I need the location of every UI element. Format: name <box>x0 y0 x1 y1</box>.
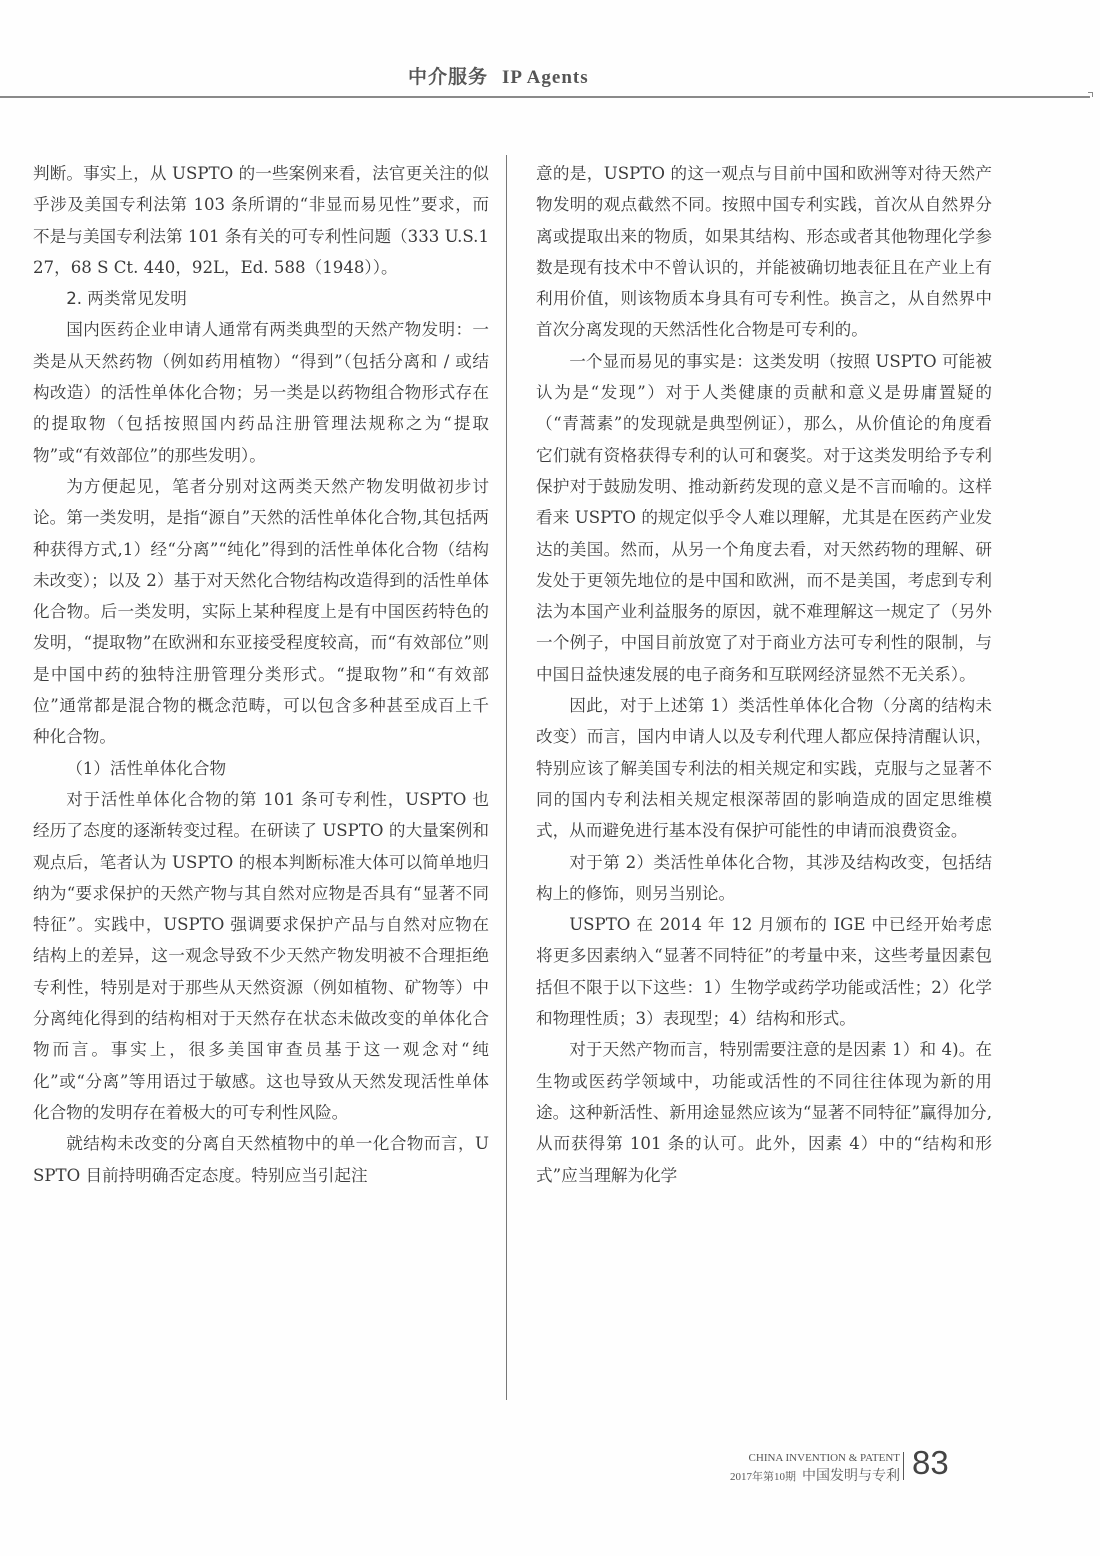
journal-name-en: CHINA INVENTION & PATENT <box>749 1452 900 1464</box>
paragraph: 判断。事实上，从 USPTO 的一些案例来看，法官更关注的似乎涉及美国专利法第 … <box>33 158 489 283</box>
page-footer: CHINA INVENTION & PATENT 2017年第10期中国发明与专… <box>740 1452 1040 1492</box>
paragraph: 意的是，USPTO 的这一观点与目前中国和欧洲等对待天然产物发明的观点截然不同。… <box>536 158 992 346</box>
section-title: 中介服务IP Agents <box>408 62 589 89</box>
issue-label: 2017年第10期 <box>730 1471 796 1483</box>
paragraph: 对于天然产物而言，特别需要注意的是因素 1）和 4)。在生物或医药学领域中，功能… <box>536 1034 992 1190</box>
paragraph: 为方便起见，笔者分别对这两类天然产物发明做初步讨论。第一类发明，是指“源自”天然… <box>33 471 489 753</box>
paragraph: USPTO 在 2014 年 12 月颁布的 IGE 中已经开始考虑将更多因素纳… <box>536 909 992 1034</box>
section-heading: 2. 两类常见发明 <box>33 283 489 314</box>
section-title-en: IP Agents <box>502 67 589 88</box>
running-header: 中介服务IP Agents <box>0 60 1100 90</box>
paragraph: 国内医药企业申请人通常有两类典型的天然产物发明：一类是从天然药物（例如药用植物）… <box>33 314 489 470</box>
page-number: 83 <box>912 1444 949 1482</box>
paragraph: 对于第 2）类活性单体化合物，其涉及结构改变，包括结构上的修饰，则另当别论。 <box>536 847 992 910</box>
right-column: 意的是，USPTO 的这一观点与目前中国和欧洲等对待天然产物发明的观点截然不同。… <box>536 158 992 1191</box>
paragraph: 一个显而易见的事实是：这类发明（按照 USPTO 可能被认为是“发现”）对于人类… <box>536 346 992 690</box>
paragraph: 就结构未改变的分离自天然植物中的单一化合物而言，USPTO 目前持明确否定态度。… <box>33 1128 489 1191</box>
header-rule-end-mark <box>1088 92 1093 97</box>
journal-name-cn: 中国发明与专利 <box>802 1468 900 1484</box>
left-column: 判断。事实上，从 USPTO 的一些案例来看，法官更关注的似乎涉及美国专利法第 … <box>33 158 489 1191</box>
header-rule <box>0 96 1090 98</box>
journal-issue-line: 2017年第10期中国发明与专利 <box>730 1465 900 1485</box>
footer-divider <box>903 1452 904 1480</box>
subsection-heading: （1）活性单体化合物 <box>33 753 489 784</box>
paragraph: 因此，对于上述第 1）类活性单体化合物（分离的结构未改变）而言，国内申请人以及专… <box>536 690 992 846</box>
column-divider <box>506 155 507 1400</box>
section-title-cn: 中介服务 <box>408 66 488 88</box>
paragraph: 对于活性单体化合物的第 101 条可专利性，USPTO 也经历了态度的逐渐转变过… <box>33 784 489 1128</box>
